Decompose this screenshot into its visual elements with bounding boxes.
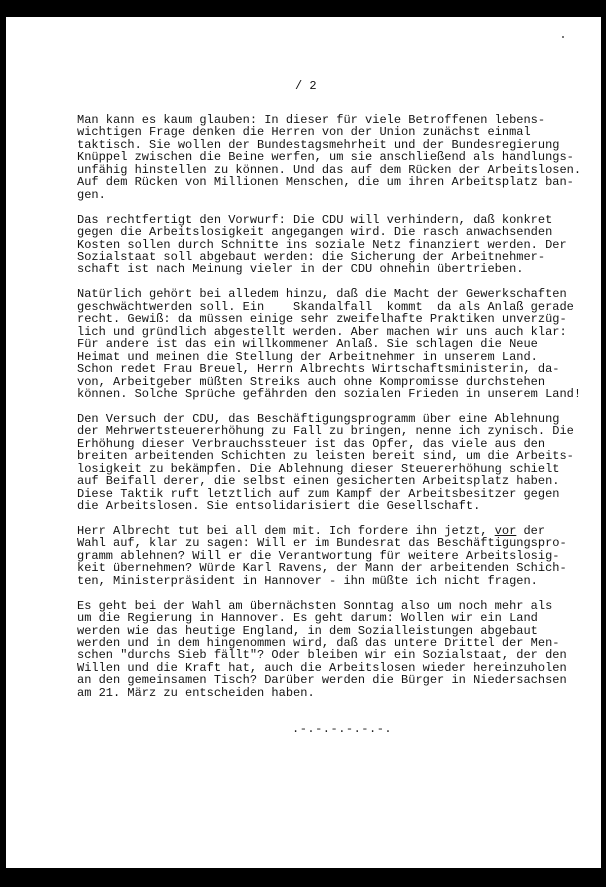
text-line: recht. Gewiß: da müssen einige sehr zwei… bbox=[77, 313, 606, 325]
text-line: Wahl auf, klar zu sagen: Will er im Bund… bbox=[77, 537, 606, 549]
text-line: Natürlich gehört bei alledem hinzu, daß … bbox=[77, 288, 606, 300]
text-line: schaft ist nach Meinung vieler in der CD… bbox=[77, 263, 606, 275]
text-line: Für andere ist das ein willkommener Anla… bbox=[77, 338, 606, 350]
paragraph: Es geht bei der Wahl am übernächsten Son… bbox=[77, 600, 606, 700]
text-line: gen. bbox=[77, 189, 606, 201]
text-line: um die Regierung in Hannover. Es geht da… bbox=[77, 612, 606, 624]
text-line: können. Solche Sprüche gefährden den soz… bbox=[77, 388, 606, 400]
text-line: Schon redet Frau Breuel, Herrn Albrechts… bbox=[77, 363, 606, 375]
document-body: Man kann es kaum glauben: In dieser für … bbox=[77, 114, 606, 712]
text-line: keit übernehmen? Würde Karl Ravens, der … bbox=[77, 562, 606, 574]
text-line: Knüppel zwischen die Beine werfen, um si… bbox=[77, 151, 606, 163]
text-line: gegen die Arbeitslosigkeit angegangen wi… bbox=[77, 226, 606, 238]
paragraph: Das rechtfertigt den Vorwurf: Die CDU wi… bbox=[77, 214, 606, 276]
end-marker: .-.-.-.-.-.-. bbox=[292, 722, 392, 736]
text-line: der Mehrwertsteuererhöhung zu Fall zu br… bbox=[77, 425, 606, 437]
text-line: die Arbeitslosen. Sie entsolidarisiert d… bbox=[77, 500, 606, 512]
page-number: / 2 bbox=[295, 79, 317, 93]
text-line: Auf dem Rücken von Millionen Menschen, d… bbox=[77, 176, 606, 188]
paragraph: Herr Albrecht tut bei all dem mit. Ich f… bbox=[77, 525, 606, 587]
text-line: ten, Ministerpräsident in Hannover - ihn… bbox=[77, 575, 606, 587]
text-line: auf Beifall derer, die selbst einen gesi… bbox=[77, 475, 606, 487]
paragraph: Man kann es kaum glauben: In dieser für … bbox=[77, 114, 606, 201]
document-page: / 2 Man kann es kaum glauben: In dieser … bbox=[6, 17, 601, 868]
text-line: am 21. März zu entscheiden haben. bbox=[77, 687, 606, 699]
text-line: breiten arbeitenden Schichten zu leisten… bbox=[77, 450, 606, 462]
scan-artifact bbox=[562, 36, 564, 38]
text-line: an den gemeinsamen Tisch? Darüber werden… bbox=[77, 674, 606, 686]
paragraph: Natürlich gehört bei alledem hinzu, daß … bbox=[77, 288, 606, 400]
paragraph: Den Versuch der CDU, das Beschäftigungsp… bbox=[77, 413, 606, 513]
